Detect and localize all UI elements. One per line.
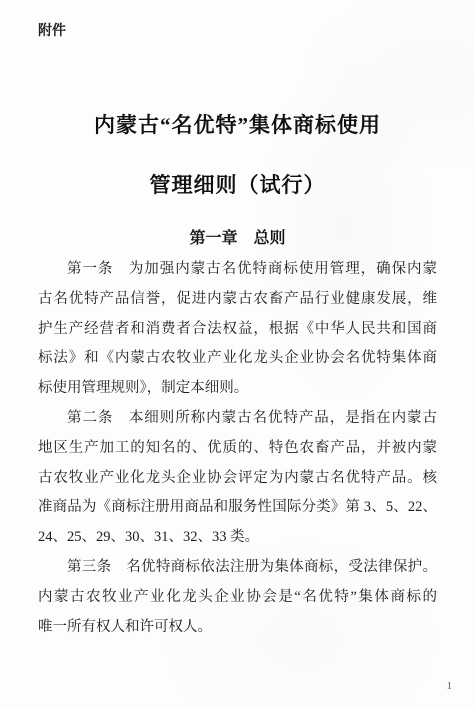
paragraph: 第三条 名优特商标依法注册为集体商标，受法律保护。内蒙古农牧业产业化龙头企业协会… <box>38 553 437 642</box>
text-line: 内蒙古农牧业产业化龙头企业协会是“名优特”集体商标的 <box>38 583 437 613</box>
text-line: 唯一所有权人和许可权人。 <box>38 613 437 643</box>
text-line: 第二条 本细则所称内蒙古名优特产品，是指在内蒙古 <box>38 404 437 434</box>
text-line: 古名优特产品信誉，促进内蒙古农畜产品行业健康发展，维 <box>38 285 437 315</box>
document-title: 内蒙古“名优特”集体商标使用 管理细则（试行） <box>38 112 437 199</box>
text-line: 第三条 名优特商标依法注册为集体商标，受法律保护。 <box>38 553 437 583</box>
text-line: 地区生产加工的知名的、优质的、特色农畜产品，并被内蒙 <box>38 434 437 464</box>
chapter-heading: 第一章 总则 <box>38 229 437 249</box>
paragraph: 第一条 为加强内蒙古名优特商标使用管理，确保内蒙古名优特产品信誉，促进内蒙古农畜… <box>38 255 437 404</box>
text-line: 第一条 为加强内蒙古名优特商标使用管理，确保内蒙 <box>38 255 437 285</box>
document-page: 附件 内蒙古“名优特”集体商标使用 管理细则（试行） 第一章 总则 第一条 为加… <box>0 0 475 709</box>
text-line: 标使用管理规则》，制定本细则。 <box>38 374 437 404</box>
text-line: 护生产经营者和消费者合法权益，根据《中华人民共和国商 <box>38 315 437 345</box>
paragraph: 第二条 本细则所称内蒙古名优特产品，是指在内蒙古地区生产加工的知名的、优质的、特… <box>38 404 437 553</box>
text-line: 准商品为《商标注册用商品和服务性国际分类》第 3、5、22、 <box>38 493 437 523</box>
document-body: 第一条 为加强内蒙古名优特商标使用管理，确保内蒙古名优特产品信誉，促进内蒙古农畜… <box>38 255 437 642</box>
page-number: 1 <box>447 680 453 693</box>
text-line: 24、25、29、30、31、32、33 类。 <box>38 523 437 553</box>
document-title-line1: 内蒙古“名优特”集体商标使用 <box>38 112 437 139</box>
text-line: 古农牧业产业化龙头企业协会评定为内蒙古名优特产品。核 <box>38 464 437 494</box>
attachment-label: 附件 <box>38 22 437 38</box>
document-title-line2: 管理细则（试行） <box>38 172 437 199</box>
text-line: 标法》和《内蒙古农牧业产业化龙头企业协会名优特集体商 <box>38 344 437 374</box>
